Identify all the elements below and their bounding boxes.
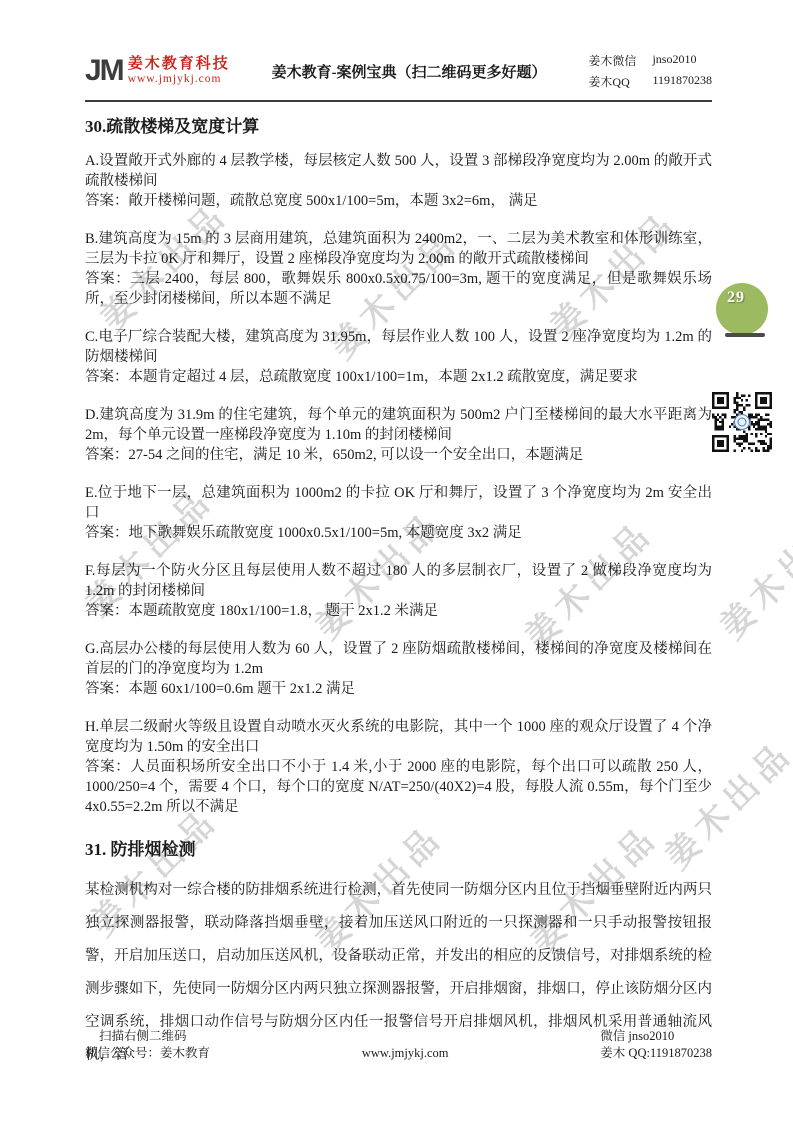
- contact-qq-label: 姜木QQ: [588, 73, 636, 90]
- page-header: JM 姜木教育科技 www.jmjykj.com 姜木教育-案例宝典（扫二维码更…: [85, 48, 712, 102]
- contact-wechat-label: 姜木微信: [588, 52, 636, 69]
- question-h: H.单层二级耐火等级且设置自动喷水灭火系统的电影院，其中一个 1000 座的观众…: [85, 717, 712, 757]
- logo: JM 姜木教育科技 www.jmjykj.com: [85, 56, 230, 86]
- question-e: E.位于地下一层，总建筑面积为 1000m2 的卡拉 OK 厅和舞厅，设置了 3…: [85, 483, 712, 523]
- question-f: F.每层为一个防火分区且每层使用人数不超过 180 人的多层制衣厂，设置了 2 …: [85, 561, 712, 601]
- qa-item-g: G.高层办公楼的每层使用人数为 60 人，设置了 2 座防烟疏散楼梯间，楼梯间的…: [85, 639, 712, 699]
- footer-scan-note: 扫描右侧二维码: [85, 1028, 210, 1045]
- qa-item-c: C.电子厂综合装配大楼，建筑高度为 31.95m，每层作业人数 100 人，设置…: [85, 327, 712, 387]
- header-contacts: 姜木微信 jnso2010 姜木QQ 1191870238: [588, 52, 712, 90]
- logo-website: www.jmjykj.com: [128, 73, 230, 86]
- footer-wechat-id: 微信 jnso2010: [600, 1028, 712, 1045]
- footer-website: www.jmjykj.com: [362, 1045, 449, 1062]
- question-b: B.建筑高度为 15m 的 3 层商用建筑，总建筑面积为 2400m2，一、二层…: [85, 229, 712, 269]
- question-c: C.电子厂综合装配大楼，建筑高度为 31.95m，每层作业人数 100 人，设置…: [85, 327, 712, 367]
- contact-wechat-value: jnso2010: [652, 52, 712, 69]
- answer-c: 答案：本题肯定超过 4 层，总疏散宽度 100x1/100=1m，本题 2x1.…: [85, 367, 712, 387]
- badge-underline: [725, 333, 765, 337]
- question-a: A.设置敞开式外廊的 4 层教学楼，每层核定人数 500 人，设置 3 部梯段净…: [85, 151, 712, 191]
- contact-qq-value: 1191870238: [652, 73, 712, 90]
- section-30-heading: 30.疏散楼梯及宽度计算: [85, 112, 712, 137]
- answer-e: 答案：地下歌舞娱乐疏散宽度 1000x0.5x1/100=5m, 本题宽度 3x…: [85, 523, 712, 543]
- answer-a: 答案：敞开楼梯问题，疏散总宽度 500x1/100=5m，本题 3x2=6m， …: [85, 191, 712, 211]
- qa-item-d: D.建筑高度为 31.9m 的住宅建筑，每个单元的建筑面积为 500m2 户门至…: [85, 405, 712, 465]
- question-d: D.建筑高度为 31.9m 的住宅建筑，每个单元的建筑面积为 500m2 户门至…: [85, 405, 712, 445]
- footer-left: 扫描右侧二维码 微信公众号：姜木教育: [85, 1028, 210, 1062]
- footer-right: 微信 jnso2010 姜木 QQ:1191870238: [600, 1028, 712, 1062]
- qa-item-h: H.单层二级耐火等级且设置自动喷水灭火系统的电影院，其中一个 1000 座的观众…: [85, 717, 712, 817]
- answer-d: 答案：27-54 之间的住宅，满足 10 米，650m2, 可以设一个安全出口，…: [85, 445, 712, 465]
- page-footer: 扫描右侧二维码 微信公众号：姜木教育 www.jmjykj.com 微信 jns…: [85, 1028, 712, 1062]
- page-number-badge: 29: [716, 283, 768, 335]
- qa-item-f: F.每层为一个防火分区且每层使用人数不超过 180 人的多层制衣厂，设置了 2 …: [85, 561, 712, 621]
- footer-qq: 姜木 QQ:1191870238: [600, 1045, 712, 1062]
- qr-code: [712, 392, 772, 452]
- footer-wechat-account: 微信公众号：姜木教育: [85, 1045, 210, 1062]
- answer-g: 答案：本题 60x1/100=0.6m 题干 2x1.2 满足: [85, 679, 712, 699]
- logo-company-name: 姜木教育科技: [128, 56, 230, 73]
- question-g: G.高层办公楼的每层使用人数为 60 人，设置了 2 座防烟疏散楼梯间，楼梯间的…: [85, 639, 712, 679]
- document-body: 30.疏散楼梯及宽度计算 A.设置敞开式外廊的 4 层教学楼，每层核定人数 50…: [85, 112, 712, 1072]
- page-number: 29: [727, 289, 745, 307]
- answer-h: 答案：人员面积场所安全出口不小于 1.4 米,小于 2000 座的电影院，每个出…: [85, 757, 712, 817]
- qa-item-b: B.建筑高度为 15m 的 3 层商用建筑，总建筑面积为 2400m2，一、二层…: [85, 229, 712, 309]
- qr-center-logo-icon: [734, 414, 750, 430]
- section-31-heading: 31. 防排烟检测: [85, 835, 712, 860]
- logo-jm-mark: JM: [85, 56, 123, 86]
- answer-f: 答案：本题疏散宽度 180x1/100=1.8， 题干 2x1.2 米满足: [85, 601, 712, 621]
- answer-b: 答案：三层 2400，每层 800，歌舞娱乐 800x0.5x0.75/100=…: [85, 269, 712, 309]
- qa-item-a: A.设置敞开式外廊的 4 层教学楼，每层核定人数 500 人，设置 3 部梯段净…: [85, 151, 712, 211]
- qa-item-e: E.位于地下一层，总建筑面积为 1000m2 的卡拉 OK 厅和舞厅，设置了 3…: [85, 483, 712, 543]
- document-title: 姜木教育-案例宝典（扫二维码更多好题）: [272, 61, 547, 82]
